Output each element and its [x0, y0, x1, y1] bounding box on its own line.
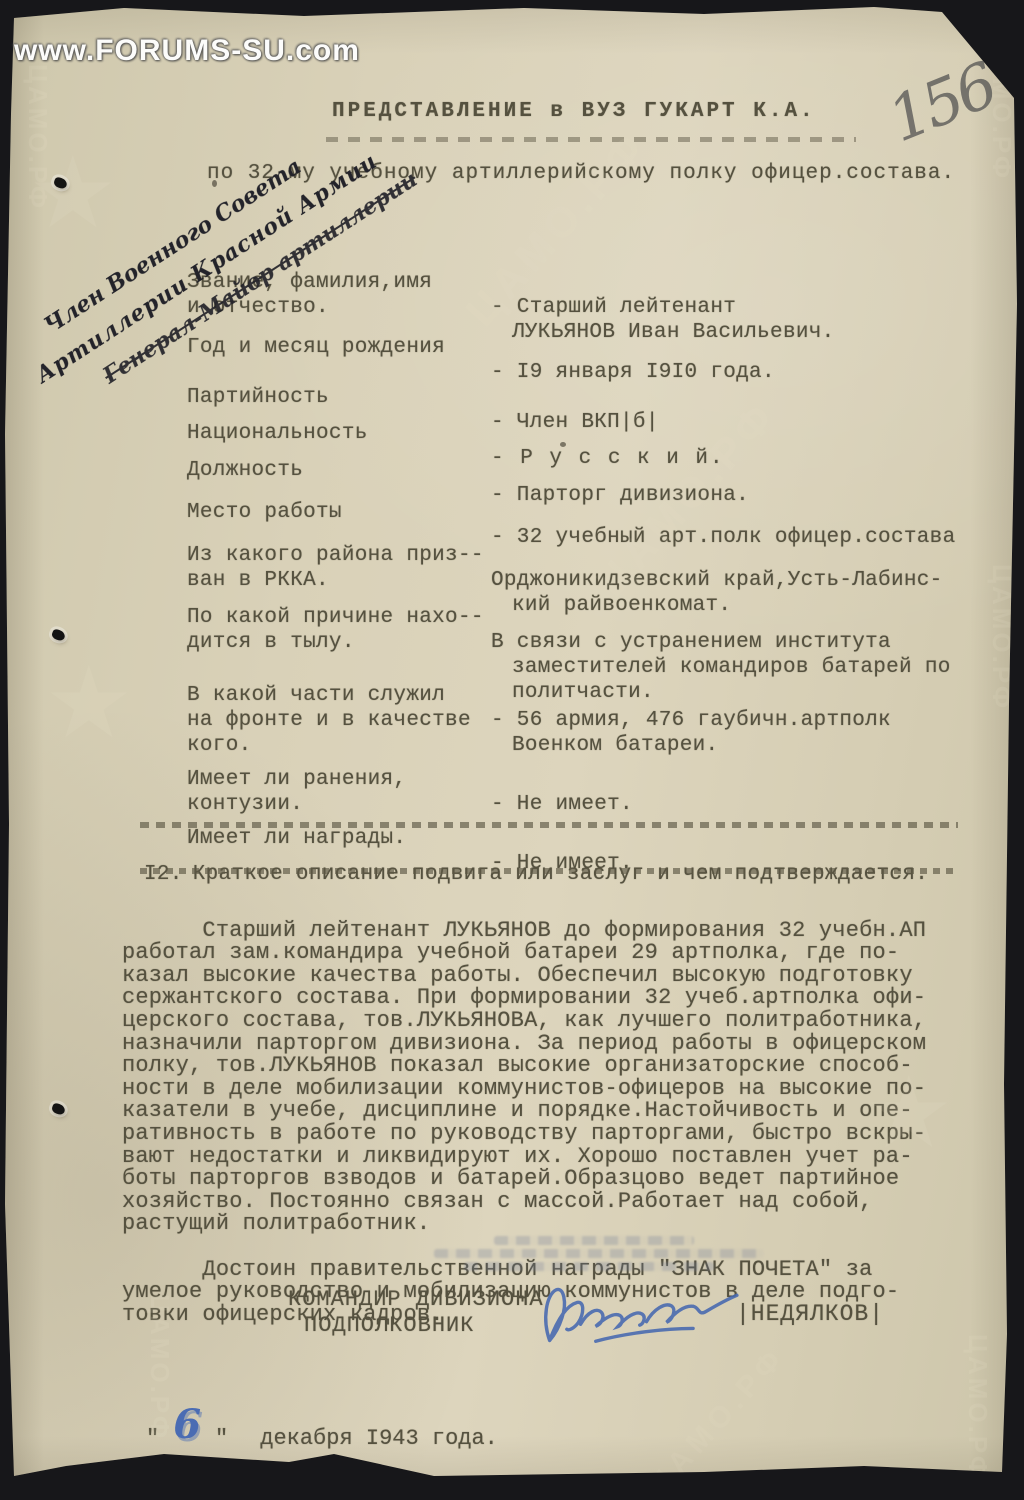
quote-mark: " [215, 1426, 228, 1451]
document-title: ПРЕДСТАВЛЕНИЕ в ВУЗ ГУКАРТ К.А. [332, 100, 816, 123]
handwritten-signature [531, 1265, 751, 1365]
date-text: декабря I943 года. [260, 1426, 498, 1451]
star-watermark: ★ [44, 644, 134, 761]
hole-punch [51, 1102, 67, 1116]
date-line: "6"декабря I943 года. [132, 1382, 498, 1454]
dashed-separator [140, 822, 958, 828]
archive-watermark: ЦАМО.РФ [962, 1334, 993, 1481]
signer-surname-typed: |НЕДЯЛКОВ| [736, 1301, 884, 1327]
paper-speck [560, 442, 566, 447]
star-watermark: ★ [28, 134, 118, 251]
field-label: По какой причине нахо-- дится в тылу. [187, 605, 497, 655]
hole-punch [51, 628, 67, 642]
field-value: - Парторг дивизиона. [491, 483, 971, 508]
field-value: В связи с устранением института заместит… [491, 630, 971, 705]
field-row-12: I2.Краткое описание подвига или заслуг и… [144, 840, 928, 886]
field-label: Имеет ли ранения, контузии. [187, 767, 497, 817]
field-value: Орджоникидзевский край,Усть-Лабинс- кий … [491, 568, 971, 618]
field-label: Краткое описание подвига или заслуг и че… [193, 863, 928, 886]
handwritten-day: 6 [173, 1401, 201, 1448]
field-number: I2. [144, 863, 183, 886]
title-underline [326, 137, 856, 142]
field-label: Партийность [187, 385, 497, 410]
scanned-document-page: { "watermarks": { "site": "www.FORUMS-SU… [0, 0, 1024, 1500]
field-value: - Не имеет. [491, 792, 971, 817]
paper-sheet: ЦАМО.РФ ЦАМО.РФ ЦАМО.РФ ЦАМО.РФ ЦАМО.РФ … [4, 4, 1020, 1496]
field-label: В какой части служил на фронте и в качес… [187, 683, 497, 758]
description-paragraph-1: Старший лейтенант ЛУКЬЯНОВ до формирован… [122, 920, 972, 1236]
field-label: Должность [187, 458, 497, 483]
field-label: Год и месяц рождения [187, 335, 497, 360]
paper-speck [212, 180, 217, 187]
field-label: Национальность [187, 421, 497, 446]
field-value: - I9 января I9I0 года. [491, 360, 971, 385]
star-watermark: ★ [864, 1054, 954, 1171]
signer-rank: ПОДПОЛКОВНИК [304, 1313, 474, 1338]
field-label: Из какого района приз-- ван в РККА. [187, 543, 497, 593]
field-label: Место работы [187, 500, 497, 525]
archive-watermark: ЦАМО.РФ [986, 564, 1017, 711]
archive-watermark: ЦАМО.РФ [144, 1294, 175, 1441]
field-value: - 32 учебный арт.полк офицер.состава [491, 525, 971, 550]
archive-watermark: ЦАМО.РФ [642, 1340, 793, 1500]
site-watermark: www.FORUMS-SU.com [14, 34, 360, 68]
signer-position: КОМАНДИР ДИВИЗИОНА [288, 1287, 544, 1312]
field-value: - Старший лейтенант ЛУКЬЯНОВ Иван Василь… [491, 295, 971, 345]
dashed-separator [140, 868, 958, 874]
field-value: - 56 армия, 476 гаубичн.артполк Военком … [491, 708, 971, 758]
